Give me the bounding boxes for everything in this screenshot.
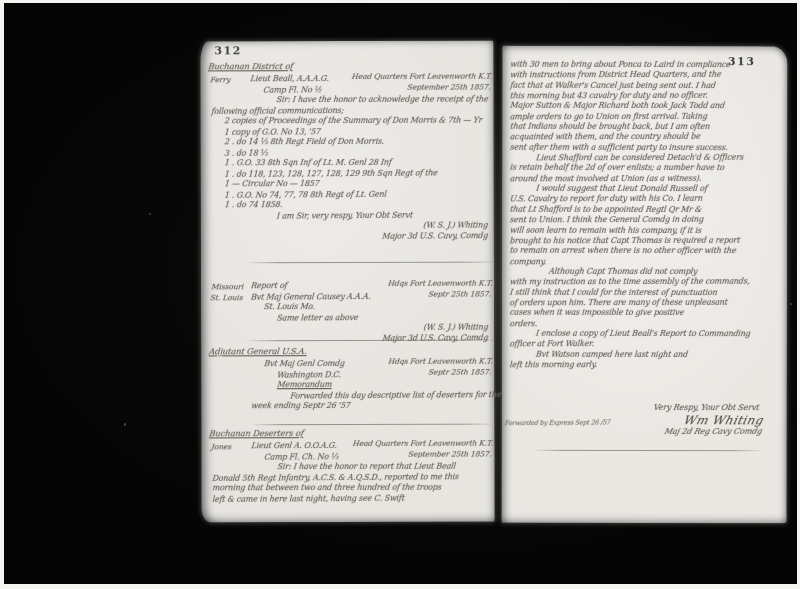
handwritten-line: left this morning early.: [509, 360, 782, 371]
letter-continuation-body: with 30 men to bring about Ponca to Lair…: [510, 60, 783, 371]
entry-margin-label: Jones: [211, 441, 232, 452]
handwritten-line: orders.: [509, 318, 782, 329]
handwritten-line: Memorandum: [277, 380, 493, 391]
ledger-page-right: 313 with 30 men to bring about Ponca to …: [502, 46, 788, 523]
dust-speck: [790, 303, 792, 305]
microfilm-scan: { "document": { "type": "scanned handwri…: [0, 0, 800, 589]
handwritten-line: St. Louis Mo.: [263, 302, 492, 313]
handwritten-line: week ending Septr 26 '57: [251, 401, 493, 412]
handwritten-line: cases when it was impossible to give pos…: [509, 308, 782, 319]
dust-speck: [124, 423, 126, 426]
handwritten-line: ample orders to go to Union on first arr…: [510, 111, 783, 122]
entry-body: Lieut Genl A. O.O.A.G.Camp Fl. Ch. No ⅓S…: [251, 441, 492, 505]
page-number-312: 312: [214, 44, 242, 57]
handwritten-line: fact that at Walker's Cancel just being …: [510, 80, 783, 91]
entry-heading: Buchanan District of: [208, 61, 294, 71]
ledger-entry-district-ferry: Buchanan District ofFerryHead Quarters F…: [200, 61, 494, 268]
dust-speck: [149, 213, 151, 215]
ledger-page-left: 312 Buchanan District ofFerryHead Quarte…: [200, 41, 494, 523]
handwritten-line: Major Sutton & Major Richard both took J…: [510, 101, 783, 112]
letter-closing: Very Respy, Your Obt Servt: [653, 402, 760, 413]
entry-body: Report ofBvt Maj General Causey A.A.A.St…: [251, 281, 492, 345]
ledger-entry-adjutant-general-memo: Adjutant General U.S.A.Hdqs Fort Leavenw…: [201, 346, 494, 424]
handwritten-line: morning that between two and three hundr…: [212, 483, 493, 494]
handwritten-line: officer at Fort Walker.: [509, 339, 782, 350]
entry-body: Bvt Maj Genl ComdgWashington D.C.Memoran…: [251, 359, 492, 412]
handwritten-line: 2 . do 14 ⅓ 8th Regt Field of Don Morris…: [224, 137, 492, 148]
handwritten-line: left & came in here last night, having s…: [212, 493, 493, 505]
handwritten-line: Bvt Watson camped here last night and: [535, 349, 782, 360]
ledger-entry-missouri-report: MissouriSt. LouisHdqs Fort Leavenworth K…: [201, 268, 494, 340]
signature-line: Wm Whiting: [664, 414, 765, 427]
handwritten-line: I still think that I could for the inter…: [509, 287, 782, 298]
handwritten-line: 1 . G.O. 33 8th Sqn Inf of Lt. M. Genl 2…: [224, 158, 492, 169]
entry-heading: Adjutant General U.S.A.: [209, 346, 308, 356]
handwritten-line: Lieut Beall, A.A.A.G.: [250, 74, 492, 85]
handwritten-line: Report of: [250, 281, 492, 292]
handwritten-line: U.S. Cavalry to report for duty with his…: [510, 194, 783, 205]
entry-margin-label: Ferry: [210, 74, 231, 85]
handwritten-line: 2 copies of Proceedings of the Summary o…: [224, 116, 492, 127]
handwritten-line: (W. S. J.) Whiting: [250, 221, 488, 232]
handwritten-line: will soon learn to remain with his compa…: [509, 225, 782, 236]
handwritten-line: 1 — Circular No — 1857: [224, 179, 492, 190]
handwritten-line: to remain on arrest when there is no oth…: [509, 246, 782, 257]
signature-underline-rule: [536, 450, 760, 451]
handwritten-line: (W. S. J.) Whiting: [250, 323, 488, 334]
entry-heading: Buchanan Deserters of: [209, 428, 304, 438]
signature-line: Maj 2d Reg Cavy Comdg: [663, 427, 763, 436]
handwritten-line: Bvt Maj Genl Comdg: [264, 359, 493, 370]
handwritten-line: is retain behalf the 2d of over enlists;…: [510, 163, 783, 174]
handwritten-line: 1 . do 74 1858.: [224, 200, 492, 211]
signature-block: Wm WhitingMaj 2d Reg Cavy Comdg: [664, 414, 765, 436]
handwritten-line: sent to Union. I think the General Comdg…: [510, 215, 783, 226]
entry-body: Lieut Beall, A.A.A.G.Camp Fl. No ½Sir: I…: [250, 74, 491, 243]
handwritten-line: sent after them with a sufficient party …: [510, 143, 783, 154]
handwritten-line: with instructions from District Head Qua…: [510, 70, 783, 81]
forwarded-margin-note: Forwarded by Express Sept 26 /57: [504, 419, 610, 427]
handwritten-line: company.: [509, 256, 782, 267]
entry-divider-rule: [253, 424, 491, 426]
film-background: 312 Buchanan District ofFerryHead Quarte…: [4, 3, 797, 584]
entry-margin-label: MissouriSt. Louis: [210, 281, 245, 303]
handwritten-line: around the most involved at Union (as a …: [510, 173, 783, 184]
handwritten-line: Lieut Genl A. O.O.A.G.: [251, 441, 493, 452]
handwritten-line: Major 3d U.S. Cavy, Comdg: [250, 231, 488, 243]
ledger-entry-deserters-report: Buchanan Deserters ofJonesHead Quarters …: [201, 428, 494, 521]
handwritten-line: Sir: I have the honor to report that Lie…: [277, 462, 493, 473]
handwritten-line: with my instruction as to the time assem…: [509, 277, 782, 288]
handwritten-line: Sir: I have the honor to acknowledge the…: [276, 95, 492, 106]
handwritten-line: Major 3d U.S. Cavy, Comdg: [251, 333, 489, 345]
handwritten-line: acquainted with them, and the country sh…: [510, 132, 783, 143]
